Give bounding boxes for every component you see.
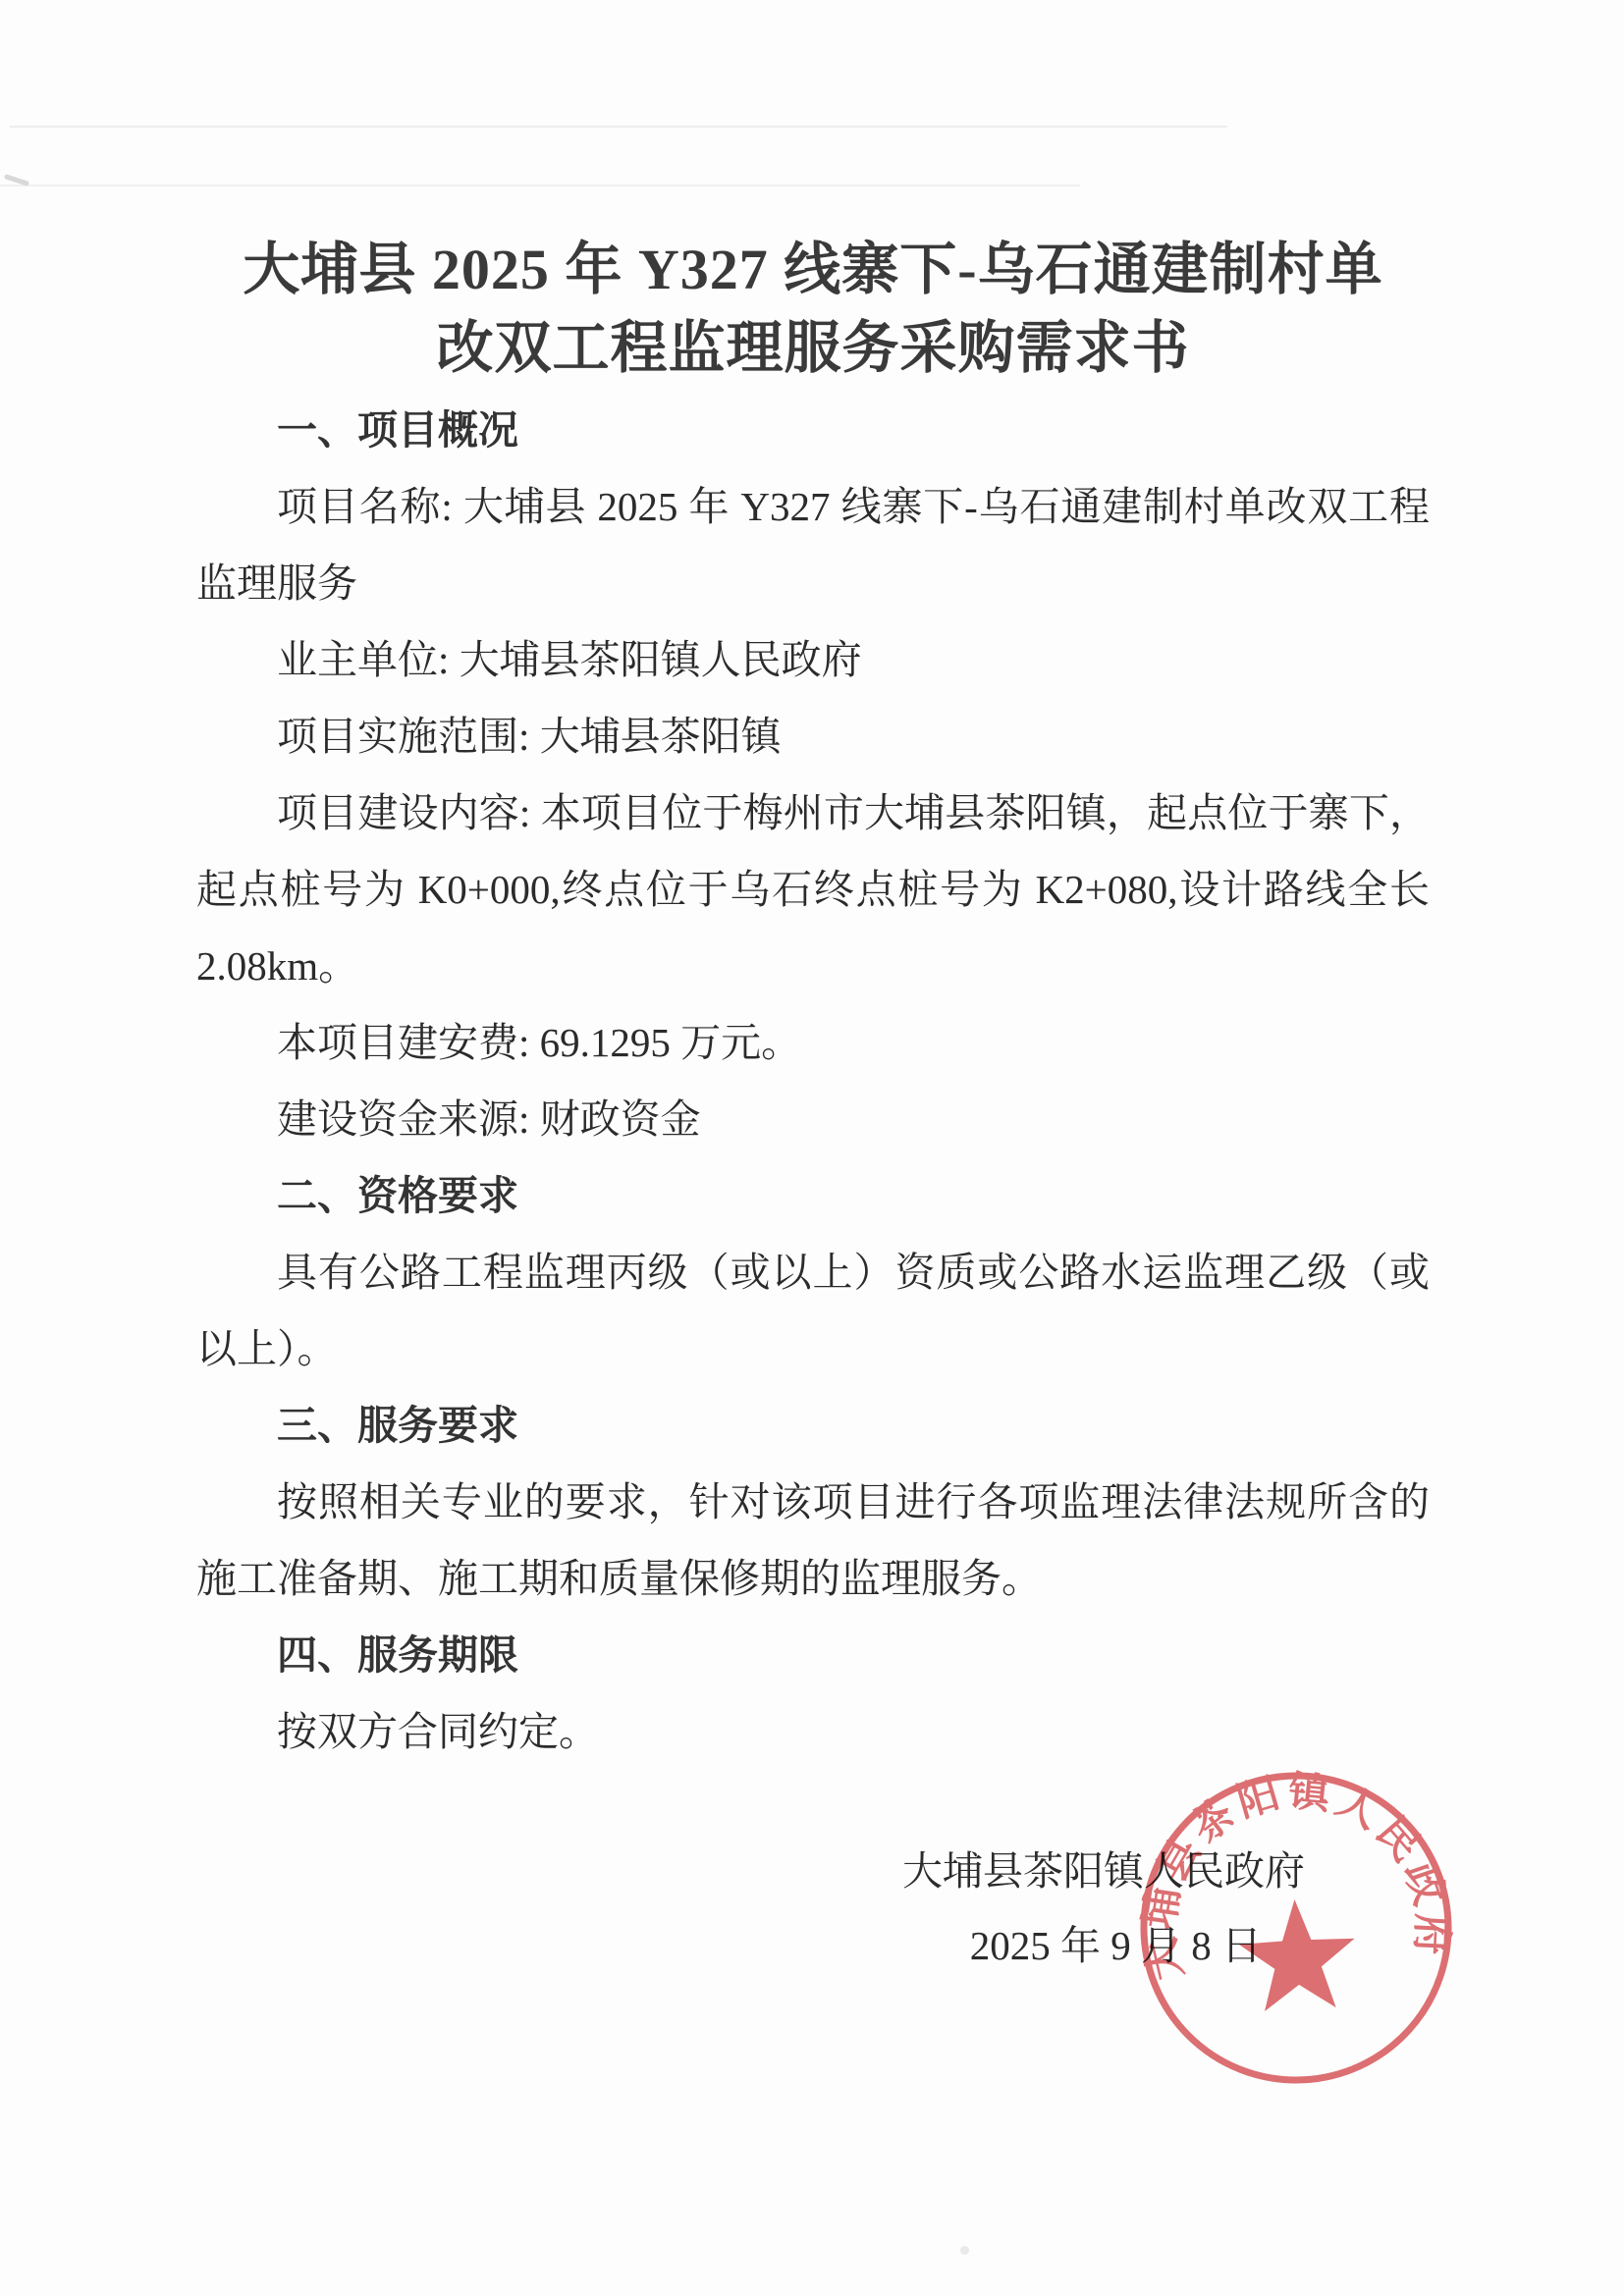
paragraph-qualification: 具有公路工程监理丙级（或以上）资质或公路水运监理乙级（或以上）。 (196, 1234, 1430, 1387)
section-heading-qualification: 二、资格要求 (196, 1157, 1430, 1234)
paragraph-funding-source: 建设资金来源: 财政资金 (196, 1081, 1430, 1157)
document-title: 大埔县 2025 年 Y327 线寨下-乌石通建制村单 改双工程监理服务采购需求… (196, 231, 1430, 388)
paragraph-owner-unit: 业主单位: 大埔县茶阳镇人民政府 (196, 621, 1430, 698)
paragraph-project-name: 项目名称: 大埔县 2025 年 Y327 线寨下-乌石通建制村单改双工程监理服… (196, 468, 1430, 621)
paragraph-construction-content: 项目建设内容: 本项目位于梅州市大埔县茶阳镇，起点位于寨下，起点桩号为 K0+0… (196, 774, 1430, 1004)
section-heading-service-period: 四、服务期限 (196, 1617, 1430, 1693)
title-line-2: 改双工程监理服务采购需求书 (196, 309, 1430, 388)
scan-artifact-speck (960, 2246, 969, 2255)
star-icon (1237, 1896, 1359, 2012)
official-seal-stamp: 大埔县茶阳镇人民政府 (1118, 1750, 1474, 2106)
paragraph-service-requirements: 按照相关专业的要求，针对该项目进行各项监理法律法规所含的施工准备期、施工期和质量… (196, 1464, 1430, 1617)
section-heading-project-overview: 一、项目概况 (196, 392, 1430, 468)
document-body: 大埔县 2025 年 Y327 线寨下-乌石通建制村单 改双工程监理服务采购需求… (196, 0, 1430, 1770)
section-heading-service-requirements: 三、服务要求 (196, 1387, 1430, 1464)
paragraph-service-period: 按双方合同约定。 (196, 1693, 1430, 1770)
paragraph-implementation-scope: 项目实施范围: 大埔县茶阳镇 (196, 698, 1430, 774)
scanned-document-page: 大埔县 2025 年 Y327 线寨下-乌石通建制村单 改双工程监理服务采购需求… (0, 0, 1624, 2296)
title-line-1: 大埔县 2025 年 Y327 线寨下-乌石通建制村单 (196, 231, 1430, 309)
paragraph-construction-cost: 本项目建安费: 69.1295 万元。 (196, 1004, 1430, 1081)
scan-artifact-speck (4, 174, 29, 187)
